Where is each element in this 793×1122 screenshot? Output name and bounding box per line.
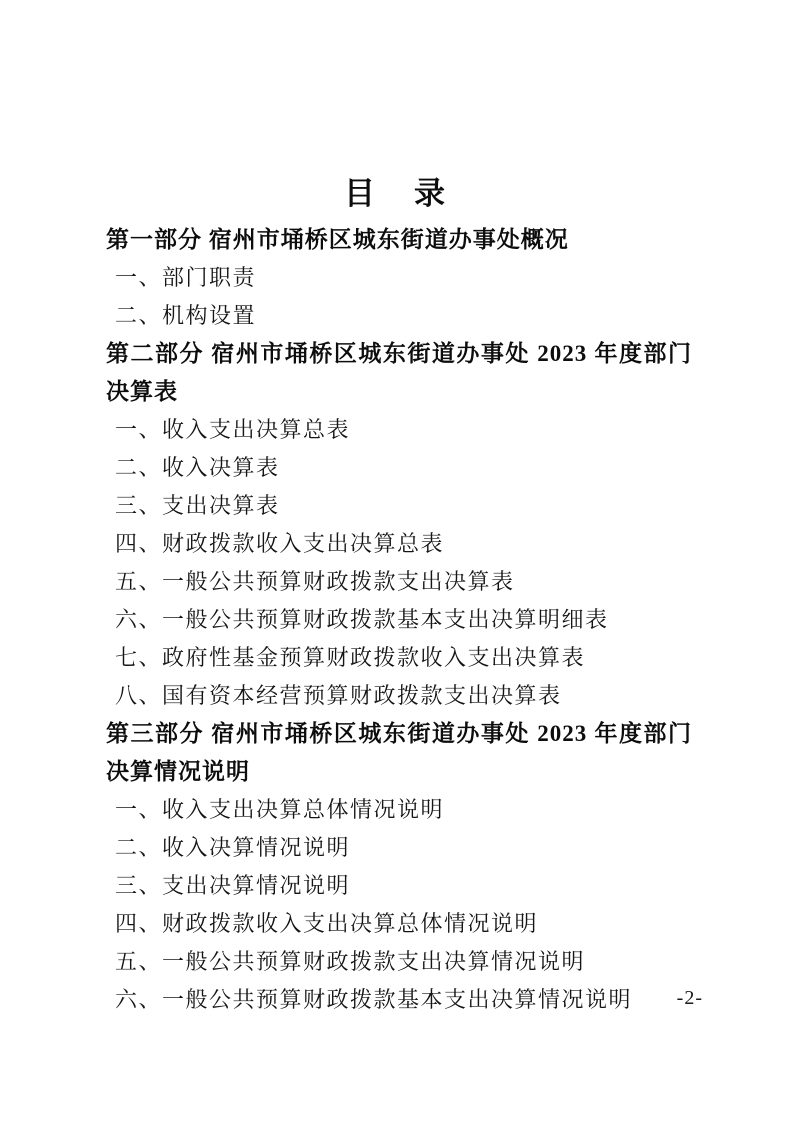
- toc-entry: 五、一般公共预算财政拨款支出决算情况说明: [106, 943, 692, 981]
- toc-list: 第一部分 宿州市埇桥区城东街道办事处概况一、部门职责二、机构设置第二部分 宿州市…: [106, 221, 692, 1019]
- toc-entry: 一、部门职责: [106, 259, 692, 297]
- toc-entry: 三、支出决算情况说明: [106, 867, 692, 905]
- toc-entry: 二、收入决算表: [106, 449, 692, 487]
- toc-entry: 六、一般公共预算财政拨款基本支出决算明细表: [106, 601, 692, 639]
- toc-section-heading: 第二部分 宿州市埇桥区城东街道办事处 2023 年度部门决算表: [106, 335, 692, 411]
- toc-entry: 一、收入支出决算总体情况说明: [106, 791, 692, 829]
- toc-entry: 三、支出决算表: [106, 487, 692, 525]
- toc-entry: 四、财政拨款收入支出决算总体情况说明: [106, 905, 692, 943]
- toc-entry: 一、收入支出决算总表: [106, 411, 692, 449]
- toc-section-heading: 第三部分 宿州市埇桥区城东街道办事处 2023 年度部门决算情况说明: [106, 715, 692, 791]
- toc-entry: 八、国有资本经营预算财政拨款支出决算表: [106, 677, 692, 715]
- toc-title: 目 录: [0, 0, 793, 216]
- toc-entry: 五、一般公共预算财政拨款支出决算表: [106, 563, 692, 601]
- toc-entry: 四、财政拨款收入支出决算总表: [106, 525, 692, 563]
- toc-entry: 二、机构设置: [106, 297, 692, 335]
- page-number: -2-: [677, 987, 703, 1010]
- document-page: 目 录 第一部分 宿州市埇桥区城东街道办事处概况一、部门职责二、机构设置第二部分…: [0, 0, 793, 1122]
- toc-section-heading: 第一部分 宿州市埇桥区城东街道办事处概况: [106, 221, 692, 259]
- toc-entry: 二、收入决算情况说明: [106, 829, 692, 867]
- toc-entry: 七、政府性基金预算财政拨款收入支出决算表: [106, 639, 692, 677]
- toc-entry: 六、一般公共预算财政拨款基本支出决算情况说明: [106, 981, 692, 1019]
